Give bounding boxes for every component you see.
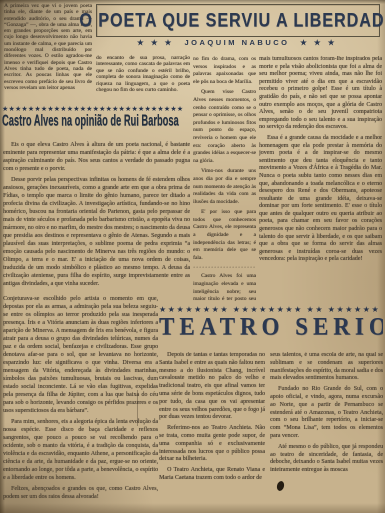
rui-paragraph: Conjeturava-se escolhido pelo artista o … (3, 295, 158, 415)
center-column: no fim do drama, com os versos inspirado… (193, 56, 256, 303)
teatro-paragraph: seus talentos, é uma escola de arte, na … (270, 352, 383, 383)
right-paragraph: Essa é a grande causa da mocidade e a me… (259, 135, 382, 264)
paper-crease (137, 390, 138, 426)
teatro-paragraph: Fundado no Rio Grande do Sul, com o apoi… (270, 386, 383, 441)
author-name: JOAQUIM NABUCO (184, 38, 289, 47)
rui-paragraph: Eis o que eleva Castro Alves à altura de… (3, 141, 190, 173)
byline: ★ ★ ★ JOAQUIM NABUCO ★ ★ ★ (96, 38, 378, 47)
rui-article-body-narrow: Conjeturava-se escolhido pelo artista o … (3, 295, 158, 507)
byline-stars-left-icon: ★ ★ ★ (137, 38, 174, 47)
teatro-column-left: Depois de tantas e tantas temporadas no … (159, 352, 265, 498)
right-column: mais tumultuosos cantos foram-lhe inspir… (259, 56, 382, 306)
center-paragraph: Castro Alves foi uma imaginação elevada … (193, 273, 256, 303)
prev-article-column-2: do encanto de sua prosa, narração intere… (96, 55, 190, 106)
byline-stars-right-icon: ★ ★ ★ (300, 38, 337, 47)
center-paragraph: E' por isso que para todos que conhecemo… (193, 209, 256, 262)
teatro-article-title-text: TEATRO SERIO (159, 314, 383, 341)
rui-paragraph: Para mim, senhores, eis a alegoria épica… (3, 418, 158, 482)
rui-article-body-wide: Eis o que eleva Castro Alves à altura de… (3, 141, 190, 293)
rui-paragraph: Felizes, abençoados e grandes os que, co… (3, 485, 158, 501)
main-headline-box: O POETA QUE SERVIU A LIBERDADE (96, 4, 380, 37)
right-paragraph: mais tumultuosos cantos foram-lhe inspir… (259, 56, 382, 132)
rui-paragraph: Desse porvir pelas perspectivas infinita… (3, 176, 190, 288)
prev-article-text-2: do encanto de sua prosa, narração intere… (96, 55, 190, 93)
rui-article-title-text: Castro Alves na opinião de Rui Barbosa (2, 112, 179, 129)
teatro-column-right: seus talentos, é uma escola de arte, na … (270, 352, 383, 498)
teatro-paragraph: Referimo-nos ao Teatro Anchieta. Não se … (159, 425, 265, 464)
center-paragraph: Vimo-nos durante uns anos dia por dia e … (193, 168, 256, 206)
center-paragraph: Quem visse Castro Alves nesses momentos,… (193, 89, 256, 165)
rui-article-title: Castro Alves na opinião de Rui Barbosa (2, 112, 191, 134)
teatro-article-stars-icon: ★★★★★★★★ ★★★★★★★★ ★★ ★★★★★★ (159, 305, 383, 314)
main-headline: O POETA QUE SERVIU A LIBERDADE (80, 9, 385, 31)
teatro-paragraph: Até mesmo o do público, que já respondeu… (270, 444, 383, 475)
teatro-paragraph: Depois de tantas e tantas temporadas no … (159, 352, 265, 422)
center-paragraph: no fim do drama, com os versos inspirado… (193, 56, 256, 86)
newspaper-page: A primeira vez que vi o jovem poeta tinh… (0, 0, 385, 513)
teatro-paragraph: O Teatro Anchieta, que Renato Viana e Ma… (159, 467, 265, 483)
dotted-separator: ····················· (193, 265, 256, 271)
teatro-article-title: TEATRO SERIO (159, 314, 383, 350)
